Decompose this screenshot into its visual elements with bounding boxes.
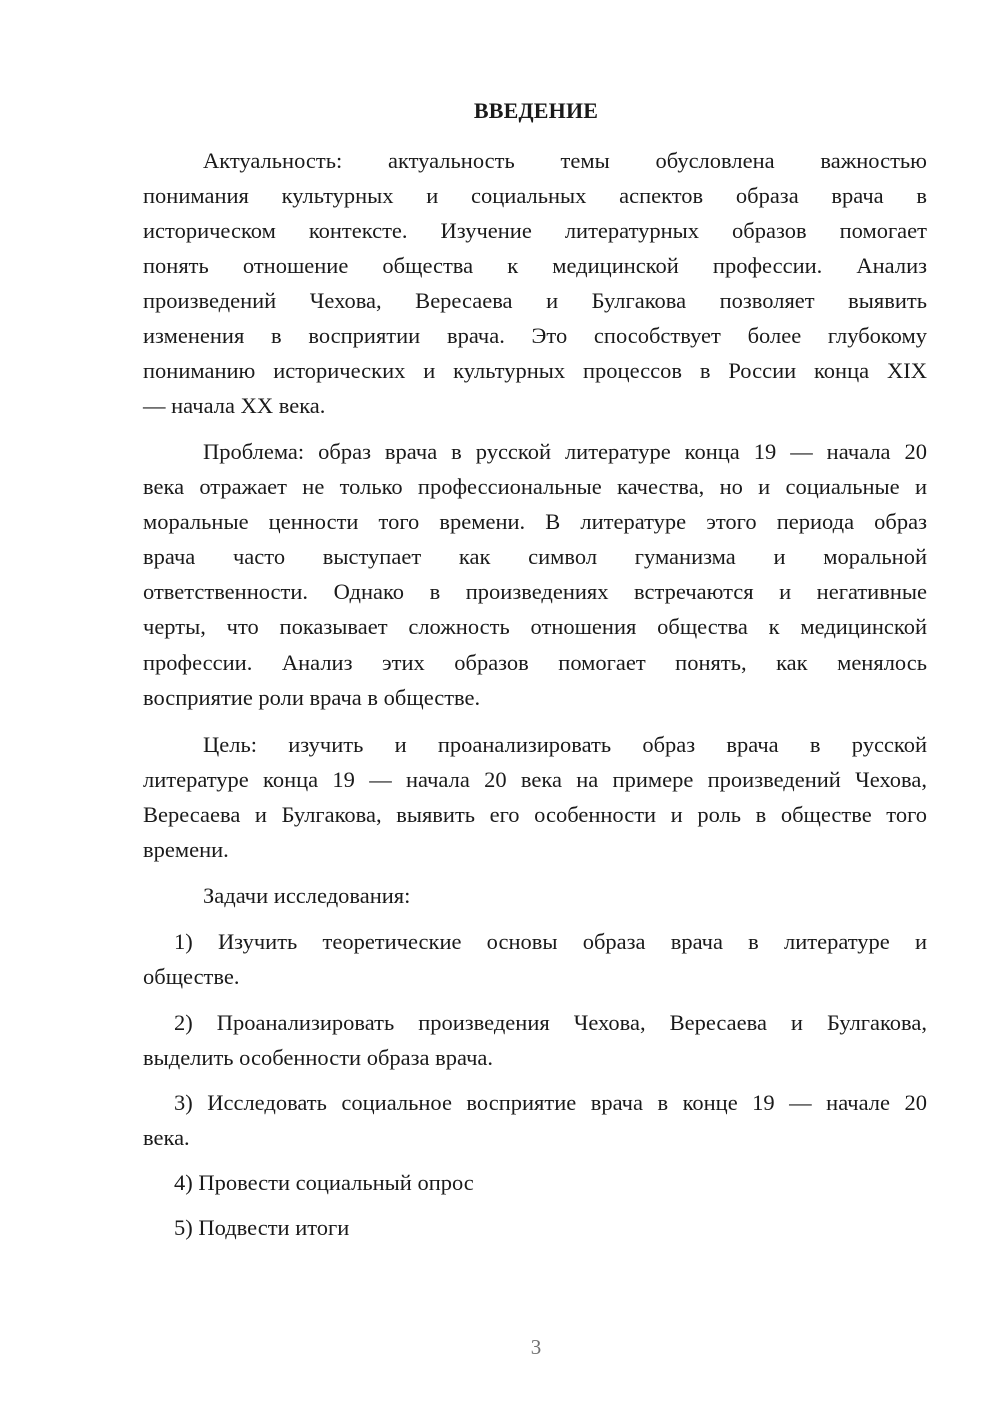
text-line: черты, что показывает сложность отношени…: [143, 612, 927, 642]
text-line: профессии. Анализ этих образов помогает …: [143, 648, 927, 678]
text-line: врача часто выступает как символ гуманиз…: [143, 542, 927, 572]
text-line: пониманию исторических и культурных проц…: [143, 356, 927, 386]
text-line: Проблема: образ врача в русской литерату…: [203, 437, 927, 467]
text-line: — начала XX века.: [143, 391, 927, 421]
text-line: Актуальность: актуальность темы обусловл…: [203, 146, 927, 176]
text-line: литературе конца 19 — начала 20 века на …: [143, 765, 927, 795]
text-line: века отражает не только профессиональные…: [143, 472, 927, 502]
text-line: обществе.: [143, 962, 927, 992]
text-line: 5) Подвести итоги: [174, 1213, 927, 1243]
text-line: века.: [143, 1123, 927, 1153]
text-line: времени.: [143, 835, 927, 865]
text-line: 3) Исследовать социальное восприятие вра…: [174, 1088, 927, 1118]
text-line: ответственности. Однако в произведениях …: [143, 577, 927, 607]
text-line: моральные ценности того времени. В литер…: [143, 507, 927, 537]
text-line: Вересаева и Булгакова, выявить его особе…: [143, 800, 927, 830]
text-line: понять отношение общества к медицинской …: [143, 251, 927, 281]
text-line: восприятие роли врача в обществе.: [143, 683, 927, 713]
text-line: историческом контексте. Изучение литерат…: [143, 216, 927, 246]
text-line: 2) Проанализировать произведения Чехова,…: [174, 1008, 927, 1038]
text-line: произведений Чехова, Вересаева и Булгако…: [143, 286, 927, 316]
tasks-title: Задачи исследования:: [203, 881, 927, 911]
text-line: Цель: изучить и проанализировать образ в…: [203, 730, 927, 760]
text-line: 4) Провести социальный опрос: [174, 1168, 927, 1198]
page-number: 3: [0, 1334, 1000, 1360]
text-line: выделить особенности образа врача.: [143, 1043, 927, 1073]
text-line: 1) Изучить теоретические основы образа в…: [174, 927, 927, 957]
section-heading: ВВЕДЕНИЕ: [0, 97, 1000, 125]
document-page: ВВЕДЕНИЕ Актуальность: актуальность темы…: [0, 0, 1000, 1414]
text-line: изменения в восприятии врача. Это способ…: [143, 321, 927, 351]
text-line: понимания культурных и социальных аспект…: [143, 181, 927, 211]
